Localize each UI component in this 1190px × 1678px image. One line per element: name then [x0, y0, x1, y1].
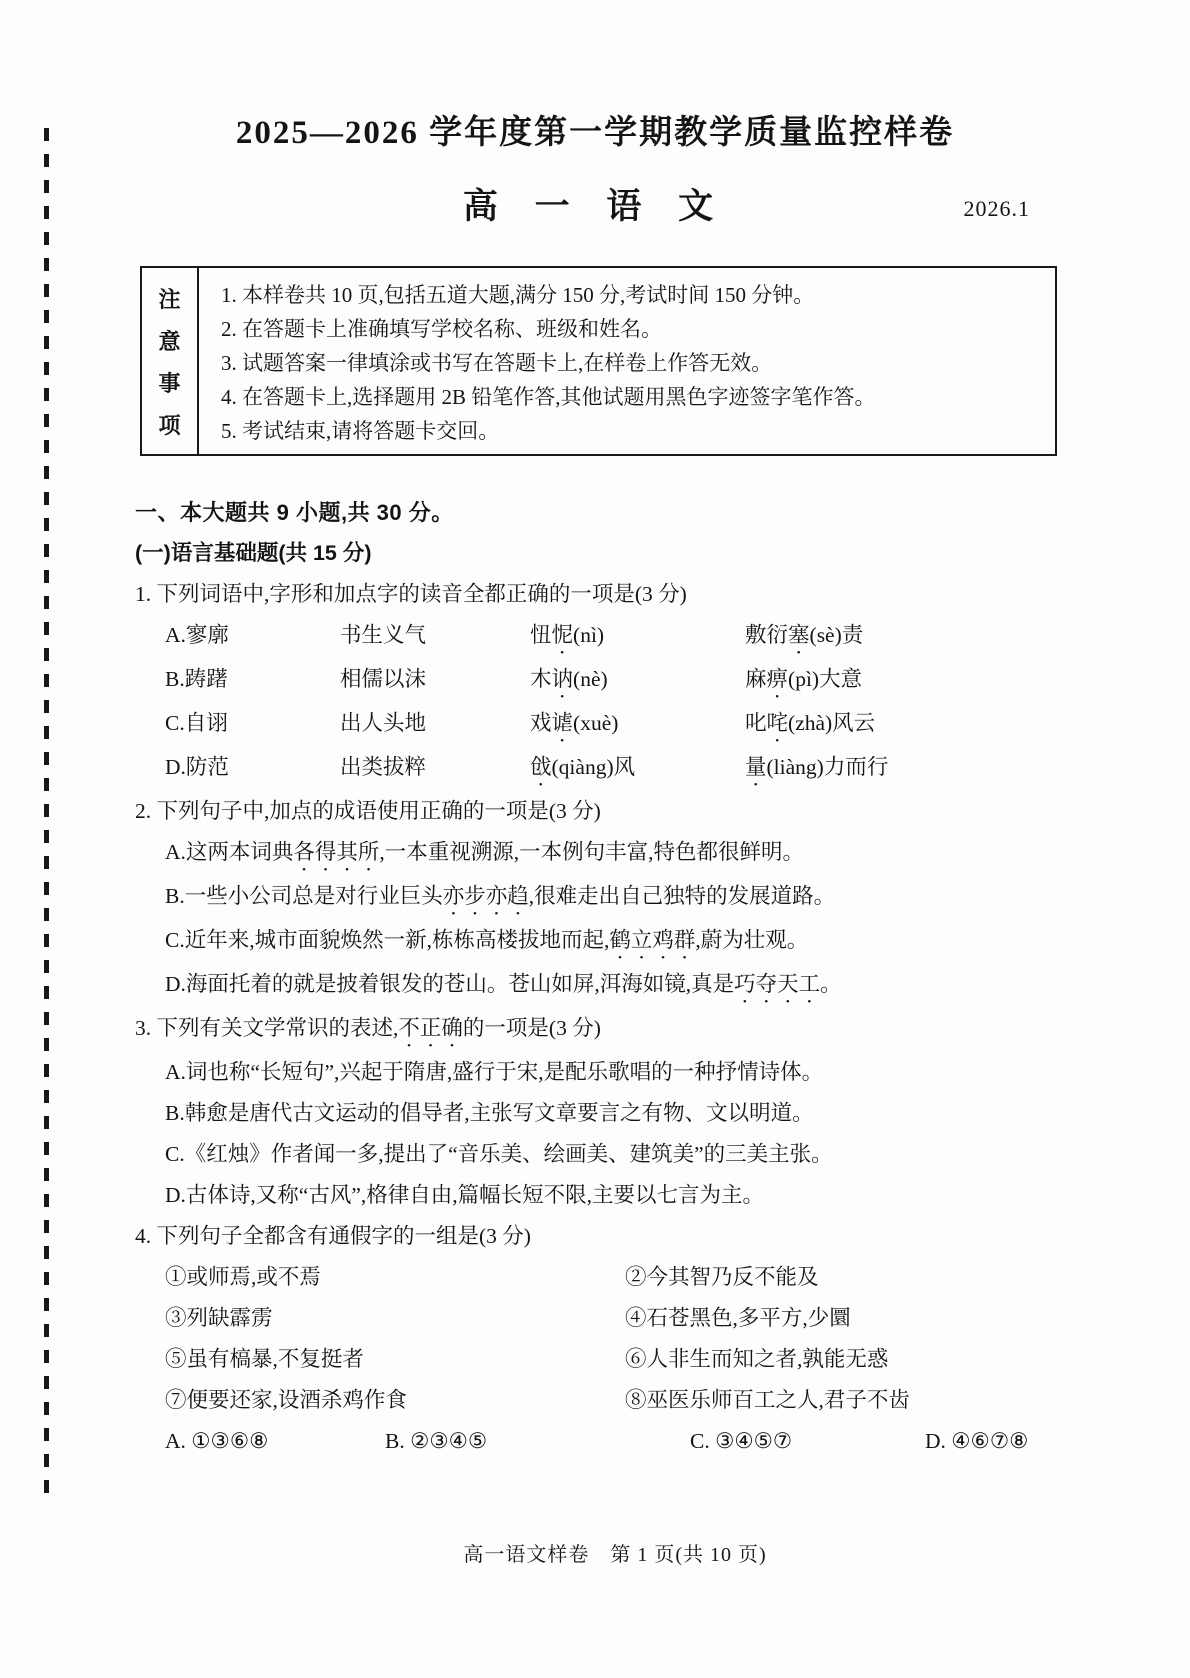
question-4-answers: A. ①③⑥⑧ B. ②③④⑤ C. ③④⑤⑦ D. ④⑥⑦⑧: [135, 1421, 1095, 1462]
notice-box: 注 意 事 项 1. 本样卷共 10 页,包括五道大题,满分 150 分,考试时…: [140, 266, 1057, 456]
q4-item-1: ①或师焉,或不焉: [165, 1257, 625, 1298]
q4-item-4: ④石苍黑色,多平方,少圜: [625, 1298, 1095, 1339]
question-4-stem: 4. 下列句子全都含有通假字的一组是(3 分): [135, 1216, 1095, 1257]
notice-item: 4. 在答题卡上,选择题用 2B 铅笔作答,其他试题用黑色字迹签字笔作答。: [221, 380, 1055, 414]
q1-option-c-cell: 叱咤(zhà)风云: [745, 703, 1095, 747]
question-2-stem: 2. 下列句子中,加点的成语使用正确的一项是(3 分): [135, 791, 1095, 832]
q1-option-a-cell: A.寥廓: [165, 615, 340, 659]
notice-label-char: 事: [158, 367, 180, 398]
q1-option-b-cell: 麻痹(pì)大意: [745, 659, 1095, 703]
question-4-items: ①或师焉,或不焉 ②今其智乃反不能及 ③列缺霹雳 ④石苍黑色,多平方,少圜 ⑤虽…: [135, 1257, 1095, 1421]
q4-item-3: ③列缺霹雳: [165, 1298, 625, 1339]
notice-item: 2. 在答题卡上准确填写学校名称、班级和姓名。: [221, 312, 1055, 346]
q4-item-6: ⑥人非生而知之者,孰能无惑: [625, 1339, 1095, 1380]
q2-option-a: A.这两本词典各得其所,一本重视溯源,一本例句丰富,特色都很鲜明。: [135, 832, 1095, 876]
binding-dashed-line: [44, 128, 49, 1498]
notice-item: 3. 试题答案一律填涂或书写在答题卡上,在样卷上作答无效。: [221, 346, 1055, 380]
q2-option-d: D.海面托着的就是披着银发的苍山。苍山如屏,洱海如镜,真是巧夺天工。: [135, 964, 1095, 1008]
notice-items: 1. 本样卷共 10 页,包括五道大题,满分 150 分,考试时间 150 分钟…: [199, 268, 1055, 454]
q2-option-b: B.一些小公司总是对行业巨头亦步亦趋,很难走出自己独特的发展道路。: [135, 876, 1095, 920]
paper-body: 一、本大题共 9 小题,共 30 分。 (一)语言基础题(共 15 分) 1. …: [135, 492, 1095, 1462]
q4-answer-b: B. ②③④⑤: [385, 1421, 690, 1462]
notice-label-char: 意: [158, 325, 180, 356]
q3-option-d: D.古体诗,又称“古风”,格律自由,篇幅长短不限,主要以七言为主。: [135, 1175, 1095, 1216]
q1-option-b-cell: 相儒以沫: [340, 659, 530, 703]
subject-title: 高 一 语 文: [463, 187, 727, 226]
q1-option-d-cell: 出类拔粹: [340, 747, 530, 791]
q4-item-8: ⑧巫医乐师百工之人,君子不齿: [625, 1380, 1095, 1421]
question-3-stem: 3. 下列有关文学常识的表述,不正确的一项是(3 分): [135, 1008, 1095, 1052]
q1-option-c-cell: 戏谑(xuè): [530, 703, 745, 747]
notice-item: 5. 考试结束,请将答题卡交回。: [221, 414, 1055, 448]
notice-label: 注 意 事 项: [142, 268, 199, 454]
q1-option-a-cell: 敷衍塞(sè)责: [745, 615, 1095, 659]
paper-date: 2026.1: [964, 196, 1031, 222]
q4-answer-a: A. ①③⑥⑧: [165, 1421, 385, 1462]
paper-title: 2025—2026 学年度第一学期教学质量监控样卷: [0, 0, 1190, 156]
notice-label-char: 注: [158, 283, 180, 314]
q1-option-c-cell: 出人头地: [340, 703, 530, 747]
page-footer: 高一语文样卷 第 1 页(共 10 页): [135, 1538, 1095, 1567]
question-1-options: A.寥廓 书生义气 忸怩(nì) 敷衍塞(sè)责 B.踌躇 相儒以沫 木讷(n…: [135, 615, 1095, 791]
subject-row: 高 一 语 文 2026.1: [0, 182, 1190, 232]
q1-option-c-cell: C.自诩: [165, 703, 340, 747]
q1-option-b-cell: 木讷(nè): [530, 659, 745, 703]
q4-item-5: ⑤虽有槁暴,不复挺者: [165, 1339, 625, 1380]
q4-answer-d: D. ④⑥⑦⑧: [925, 1421, 1028, 1462]
q4-item-7: ⑦便要还家,设酒杀鸡作食: [165, 1380, 625, 1421]
q1-option-a-cell: 忸怩(nì): [530, 615, 745, 659]
section-heading: 一、本大题共 9 小题,共 30 分。: [135, 492, 1095, 533]
q1-option-d-cell: 戗(qiàng)风: [530, 747, 745, 791]
q4-answer-c: C. ③④⑤⑦: [690, 1421, 925, 1462]
q1-option-d-cell: D.防范: [165, 747, 340, 791]
question-1-stem: 1. 下列词语中,字形和加点字的读音全都正确的一项是(3 分): [135, 574, 1095, 615]
q3-option-b: B.韩愈是唐代古文运动的倡导者,主张写文章要言之有物、文以明道。: [135, 1093, 1095, 1134]
q1-option-d-cell: 量(liàng)力而行: [745, 747, 1095, 791]
notice-label-char: 项: [158, 409, 180, 440]
q2-option-c: C.近年来,城市面貌焕然一新,栋栋高楼拔地而起,鹤立鸡群,蔚为壮观。: [135, 920, 1095, 964]
q3-option-a: A.词也称“长短句”,兴起于隋唐,盛行于宋,是配乐歌唱的一种抒情诗体。: [135, 1052, 1095, 1093]
section-subheading: (一)语言基础题(共 15 分): [135, 533, 1095, 574]
exam-paper-page: 2025—2026 学年度第一学期教学质量监控样卷 高 一 语 文 2026.1…: [0, 0, 1190, 1678]
notice-item: 1. 本样卷共 10 页,包括五道大题,满分 150 分,考试时间 150 分钟…: [221, 278, 1055, 312]
q1-option-b-cell: B.踌躇: [165, 659, 340, 703]
q4-item-2: ②今其智乃反不能及: [625, 1257, 1095, 1298]
q3-option-c: C.《红烛》作者闻一多,提出了“音乐美、绘画美、建筑美”的三美主张。: [135, 1134, 1095, 1175]
q1-option-a-cell: 书生义气: [340, 615, 530, 659]
